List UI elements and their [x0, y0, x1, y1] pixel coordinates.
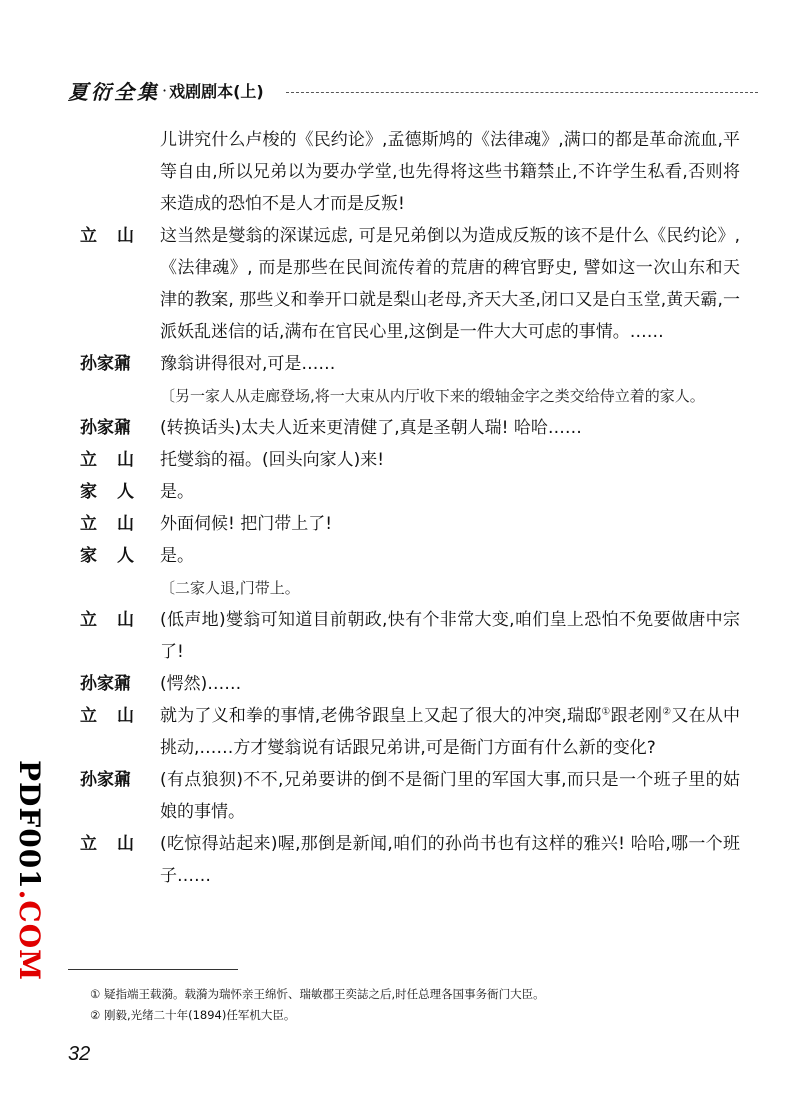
stage-direction-text: 〔另一家人从走廊登场,将一大束从内厅收下来的缎轴金字之类交给侍立着的家人。	[160, 380, 740, 412]
speech-text: 儿讲究什么卢梭的《民约论》,孟德斯鸠的《法律魂》,满口的都是革命流血,平等自由,…	[160, 124, 740, 220]
dialogue-line: 儿讲究什么卢梭的《民约论》,孟德斯鸠的《法律魂》,满口的都是革命流血,平等自由,…	[80, 124, 740, 220]
speech-text-part: 就为了义和拳的事情,老佛爷跟皇上又起了很大的冲突,瑞邸	[160, 706, 601, 726]
running-header: 夏衍全集 · 戏剧剧本(上)	[68, 76, 758, 104]
speaker-name: 孙家鼐	[80, 348, 160, 380]
speech-text: 是。	[160, 476, 740, 508]
dialogue-line: 立山 托燮翁的福。(回头向家人)来!	[80, 444, 740, 476]
speaker-name: 立山	[80, 508, 160, 540]
speaker-name: 家人	[80, 476, 160, 508]
speech-text: (低声地)燮翁可知道目前朝政,快有个非常大变,咱们皇上恐怕不免要做唐中宗了!	[160, 604, 740, 668]
speech-text: 托燮翁的福。(回头向家人)来!	[160, 444, 740, 476]
dialogue-line: 孙家鼐 (转换话头)太夫人近来更清健了,真是圣朝人瑞! 哈哈……	[80, 412, 740, 444]
speaker-name: 立山	[80, 828, 160, 860]
watermark: PDF001.COM	[6, 760, 46, 950]
speaker-name: 立山	[80, 220, 160, 252]
speaker-name: 家人	[80, 540, 160, 572]
speaker-name: 孙家鼐	[80, 412, 160, 444]
stage-direction-text: 〔二家人退,门带上。	[160, 572, 740, 604]
speaker-name: 孙家鼐	[80, 764, 160, 796]
series-title: 夏衍全集	[68, 76, 160, 105]
footnote-ref-1[interactable]: ①	[601, 706, 610, 717]
speech-text: (转换话头)太夫人近来更清健了,真是圣朝人瑞! 哈哈……	[160, 412, 740, 444]
dialogue-line: 立山 外面伺候! 把门带上了!	[80, 508, 740, 540]
speech-text: (吃惊得站起来)喔,那倒是新闻,咱们的孙尚书也有这样的雅兴! 哈哈,哪一个班子……	[160, 828, 740, 892]
header-rule	[286, 92, 758, 93]
speech-text: 豫翁讲得很对,可是……	[160, 348, 740, 380]
speaker-name: 立山	[80, 444, 160, 476]
volume-title: 戏剧剧本(上)	[169, 79, 264, 102]
dialogue-line: 立山 (吃惊得站起来)喔,那倒是新闻,咱们的孙尚书也有这样的雅兴! 哈哈,哪一个…	[80, 828, 740, 892]
speech-text: 外面伺候! 把门带上了!	[160, 508, 740, 540]
dialogue-line: 孙家鼐 (有点狼狈)不不,兄弟要讲的倒不是衙门里的军国大事,而只是一个班子里的姑…	[80, 764, 740, 828]
dialogue-line: 孙家鼐 豫翁讲得很对,可是……	[80, 348, 740, 380]
script-body: 儿讲究什么卢梭的《民约论》,孟德斯鸠的《法律魂》,满口的都是革命流血,平等自由,…	[80, 124, 740, 892]
dialogue-line: 立山 就为了义和拳的事情,老佛爷跟皇上又起了很大的冲突,瑞邸①跟老刚②又在从中挑…	[80, 700, 740, 764]
speaker-name: 立山	[80, 700, 160, 732]
speech-text: (愕然)……	[160, 668, 740, 700]
dialogue-line: 立山 这当然是燮翁的深谋远虑, 可是兄弟倒以为造成反叛的该不是什么《民约论》,《…	[80, 220, 740, 348]
footnotes: ① 疑指端王载漪。载漪为瑞怀亲王绵忻、瑞敏郡王奕誌之后,时任总理各国事务衙门大臣…	[90, 984, 730, 1026]
speech-text-part: 跟老刚	[611, 706, 663, 726]
speaker-name: 孙家鼐	[80, 668, 160, 700]
stage-direction: 〔另一家人从走廊登场,将一大束从内厅收下来的缎轴金字之类交给侍立着的家人。	[80, 380, 740, 412]
stage-direction: 〔二家人退,门带上。	[80, 572, 740, 604]
speech-text: 这当然是燮翁的深谋远虑, 可是兄弟倒以为造成反叛的该不是什么《民约论》,《法律魂…	[160, 220, 740, 348]
speech-text: 是。	[160, 540, 740, 572]
page-number: 32	[68, 1043, 90, 1066]
footnote-2: ② 刚毅,光绪二十年(1894)任军机大臣。	[90, 1005, 730, 1026]
watermark-suffix: .COM	[13, 890, 46, 981]
dialogue-line: 家人 是。	[80, 476, 740, 508]
watermark-main: PDF001	[13, 760, 46, 890]
footnote-1: ① 疑指端王载漪。载漪为瑞怀亲王绵忻、瑞敏郡王奕誌之后,时任总理各国事务衙门大臣…	[90, 984, 730, 1005]
speech-text: 就为了义和拳的事情,老佛爷跟皇上又起了很大的冲突,瑞邸①跟老刚②又在从中挑动,……	[160, 700, 740, 764]
speaker-name: 立山	[80, 604, 160, 636]
dialogue-line: 立山 (低声地)燮翁可知道目前朝政,快有个非常大变,咱们皇上恐怕不免要做唐中宗了…	[80, 604, 740, 668]
dialogue-line: 家人 是。	[80, 540, 740, 572]
footnote-divider	[68, 969, 238, 970]
speech-text: (有点狼狈)不不,兄弟要讲的倒不是衙门里的军国大事,而只是一个班子里的姑娘的事情…	[160, 764, 740, 828]
dialogue-line: 孙家鼐 (愕然)……	[80, 668, 740, 700]
header-separator: ·	[162, 81, 167, 100]
